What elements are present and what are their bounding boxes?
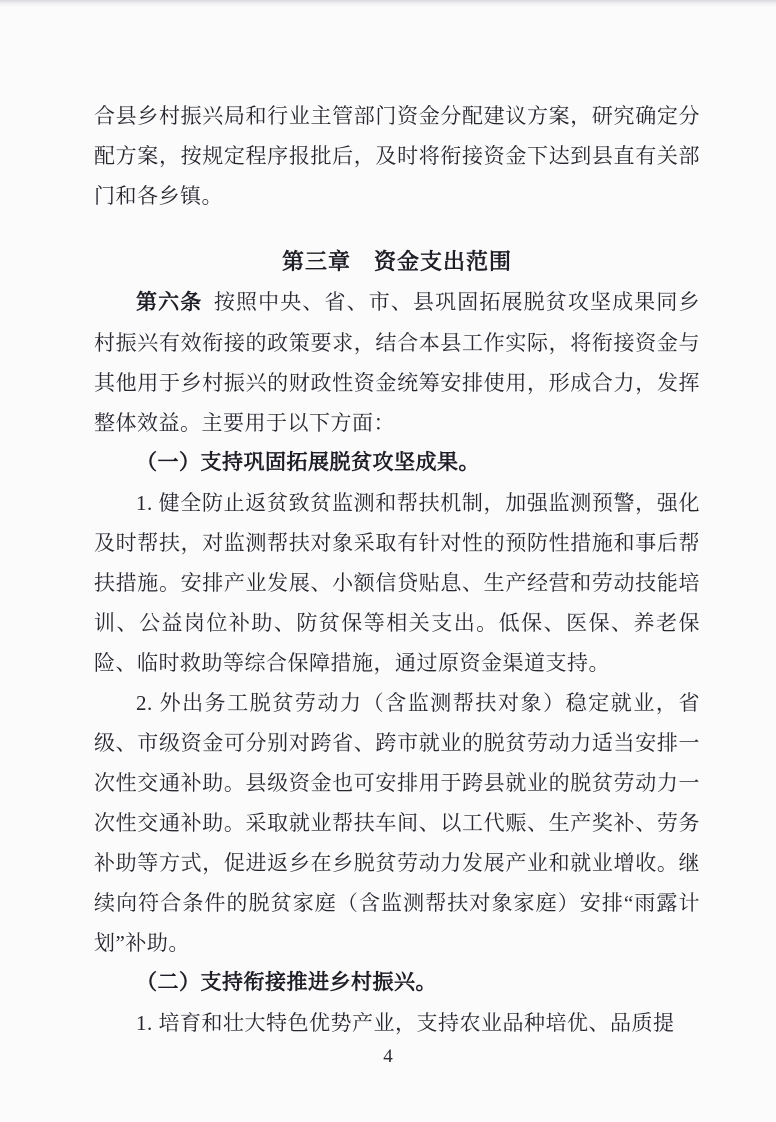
section-1-item-1: 1. 健全防止返贫致贫监测和帮扶机制，加强监测预警，强化及时帮扶，对监测帮扶对象… bbox=[94, 483, 700, 683]
section-2-heading: （二）支持衔接推进乡村振兴。 bbox=[94, 963, 700, 1003]
section-2-item-1: 1. 培育和壮大特色优势产业，支持农业品种培优、品质提 bbox=[94, 1003, 700, 1043]
scan-artifact-top bbox=[0, 0, 776, 7]
page-content: 合县乡村振兴局和行业主管部门资金分配建议方案，研究确定分配方案，按规定程序报批后… bbox=[94, 96, 700, 1043]
section-1-heading: （一）支持巩固拓展脱贫攻坚成果。 bbox=[94, 443, 700, 483]
paragraph-carryover: 合县乡村振兴局和行业主管部门资金分配建议方案，研究确定分配方案，按规定程序报批后… bbox=[94, 96, 700, 216]
paragraph-article-6: 第六条按照中央、省、市、县巩固拓展脱贫攻坚成果同乡村振兴有效衔接的政策要求，结合… bbox=[94, 282, 700, 443]
chapter-heading: 第三章 资金支出范围 bbox=[94, 242, 700, 282]
section-1-item-2: 2. 外出务工脱贫劳动力（含监测帮扶对象）稳定就业，省级、市级资金可分别对跨省、… bbox=[94, 683, 700, 963]
page-number: 4 bbox=[0, 1044, 776, 1070]
document-page: 合县乡村振兴局和行业主管部门资金分配建议方案，研究确定分配方案，按规定程序报批后… bbox=[0, 0, 776, 1122]
article-6-label: 第六条 bbox=[136, 291, 202, 314]
